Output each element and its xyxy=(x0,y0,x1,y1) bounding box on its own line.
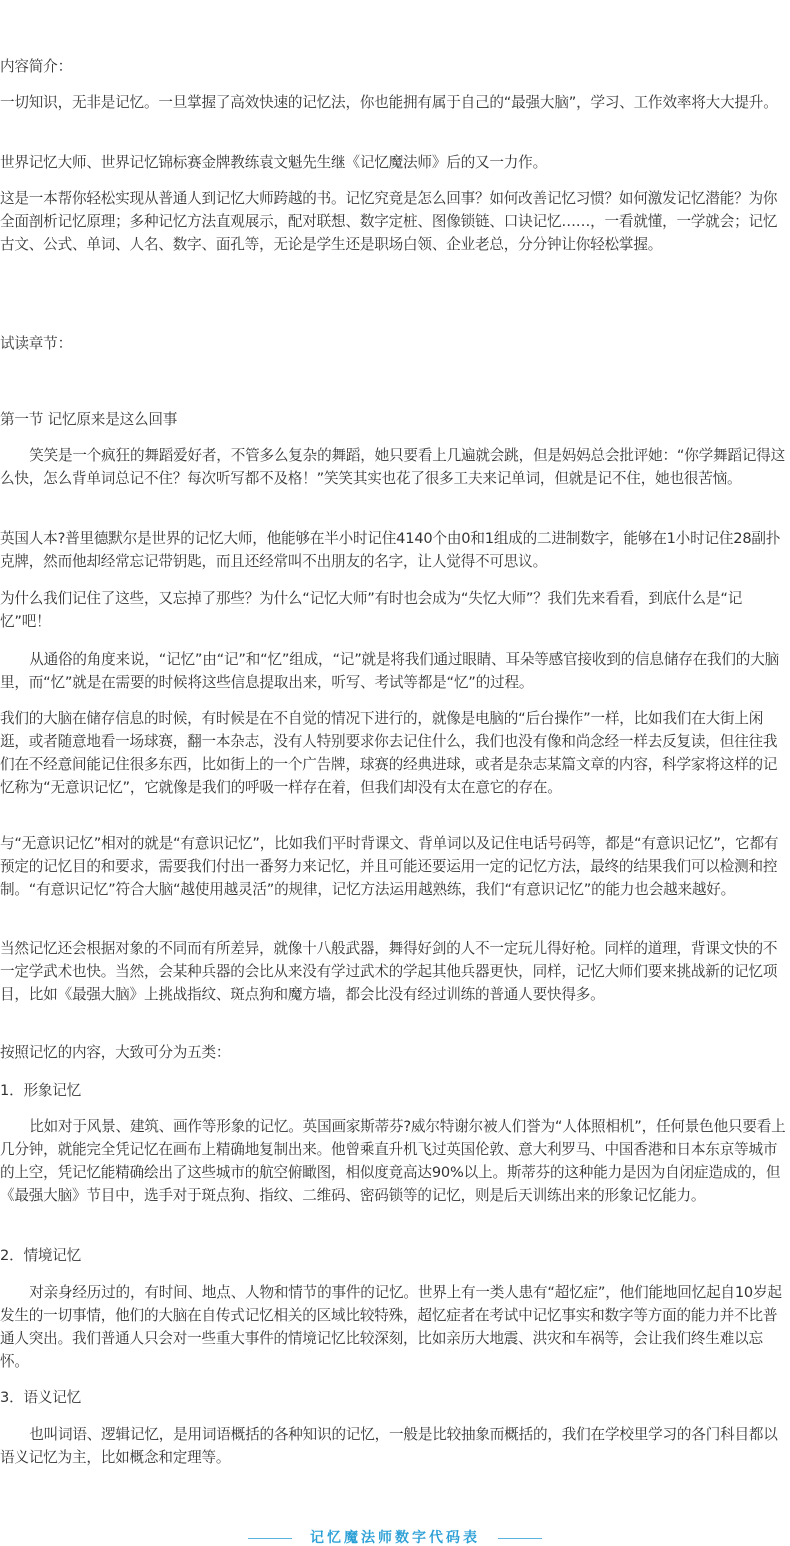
divider-line-right xyxy=(498,1538,542,1539)
next-section-title: 记忆魔法师数字代码表 xyxy=(310,1527,480,1546)
divider-line-left xyxy=(248,1538,292,1539)
section-title: 第一节 记忆原来是这么回事 xyxy=(0,408,788,431)
category-text: 比如对于风景、建筑、画作等形象的记忆。英国画家斯蒂芬?威尔特谢尔被人们誉为“人体… xyxy=(0,1115,788,1207)
category-title: 1．形象记忆 xyxy=(0,1079,788,1102)
category-title: 2．情境记忆 xyxy=(0,1244,788,1267)
intro-paragraph: 这是一本帮你轻松实现从普通人到记忆大师跨越的书。记忆究竟是怎么回事？如何改善记忆… xyxy=(0,187,788,256)
body-paragraph: 笑笑是一个疯狂的舞蹈爱好者，不管多么复杂的舞蹈，她只要看上几遍就会跳，但是妈妈总… xyxy=(0,444,788,490)
category-title: 3．语义记忆 xyxy=(0,1386,788,1409)
sample-heading: 试读章节： xyxy=(0,332,788,355)
intro-heading: 内容简介： xyxy=(0,55,788,78)
category-text: 也叫词语、逻辑记忆，是用词语概括的各种知识的记忆，一般是比较抽象而概括的，我们在… xyxy=(0,1423,788,1469)
category-text: 对亲身经历过的，有时间、地点、人物和情节的事件的记忆。世界上有一类人患有“超忆症… xyxy=(0,1281,788,1373)
body-paragraph: 按照记忆的内容，大致可分为五类： xyxy=(0,1041,788,1064)
body-paragraph: 从通俗的角度来说，“记忆”由“记”和“忆”组成，“记”就是将我们通过眼睛、耳朵等… xyxy=(0,648,788,694)
body-paragraph: 为什么我们记住了这些，又忘掉了那些？为什么“记忆大师”有时也会成为“失忆大师”？… xyxy=(0,587,788,633)
body-paragraph: 与“无意识记忆”相对的就是“有意识记忆”，比如我们平时背课文、背单词以及记住电话… xyxy=(0,832,788,901)
body-paragraph: 英国人本?普里德默尔是世界的记忆大师，他能够在半小时记住4140个由0和1组成的… xyxy=(0,527,788,573)
section-divider: 记忆魔法师数字代码表 xyxy=(0,1527,790,1546)
intro-paragraph: 一切知识，无非是记忆。一旦掌握了高效快速的记忆法，你也能拥有属于自己的“最强大脑… xyxy=(0,91,788,114)
body-paragraph: 我们的大脑在储存信息的时候，有时候是在不自觉的情况下进行的，就像是电脑的“后台操… xyxy=(0,707,788,799)
intro-paragraph: 世界记忆大师、世界记忆锦标赛金牌教练袁文魁先生继《记忆魔法师》后的又一力作。 xyxy=(0,151,788,174)
body-paragraph: 当然记忆还会根据对象的不同而有所差异，就像十八般武器，舞得好剑的人不一定玩儿得好… xyxy=(0,937,788,1006)
